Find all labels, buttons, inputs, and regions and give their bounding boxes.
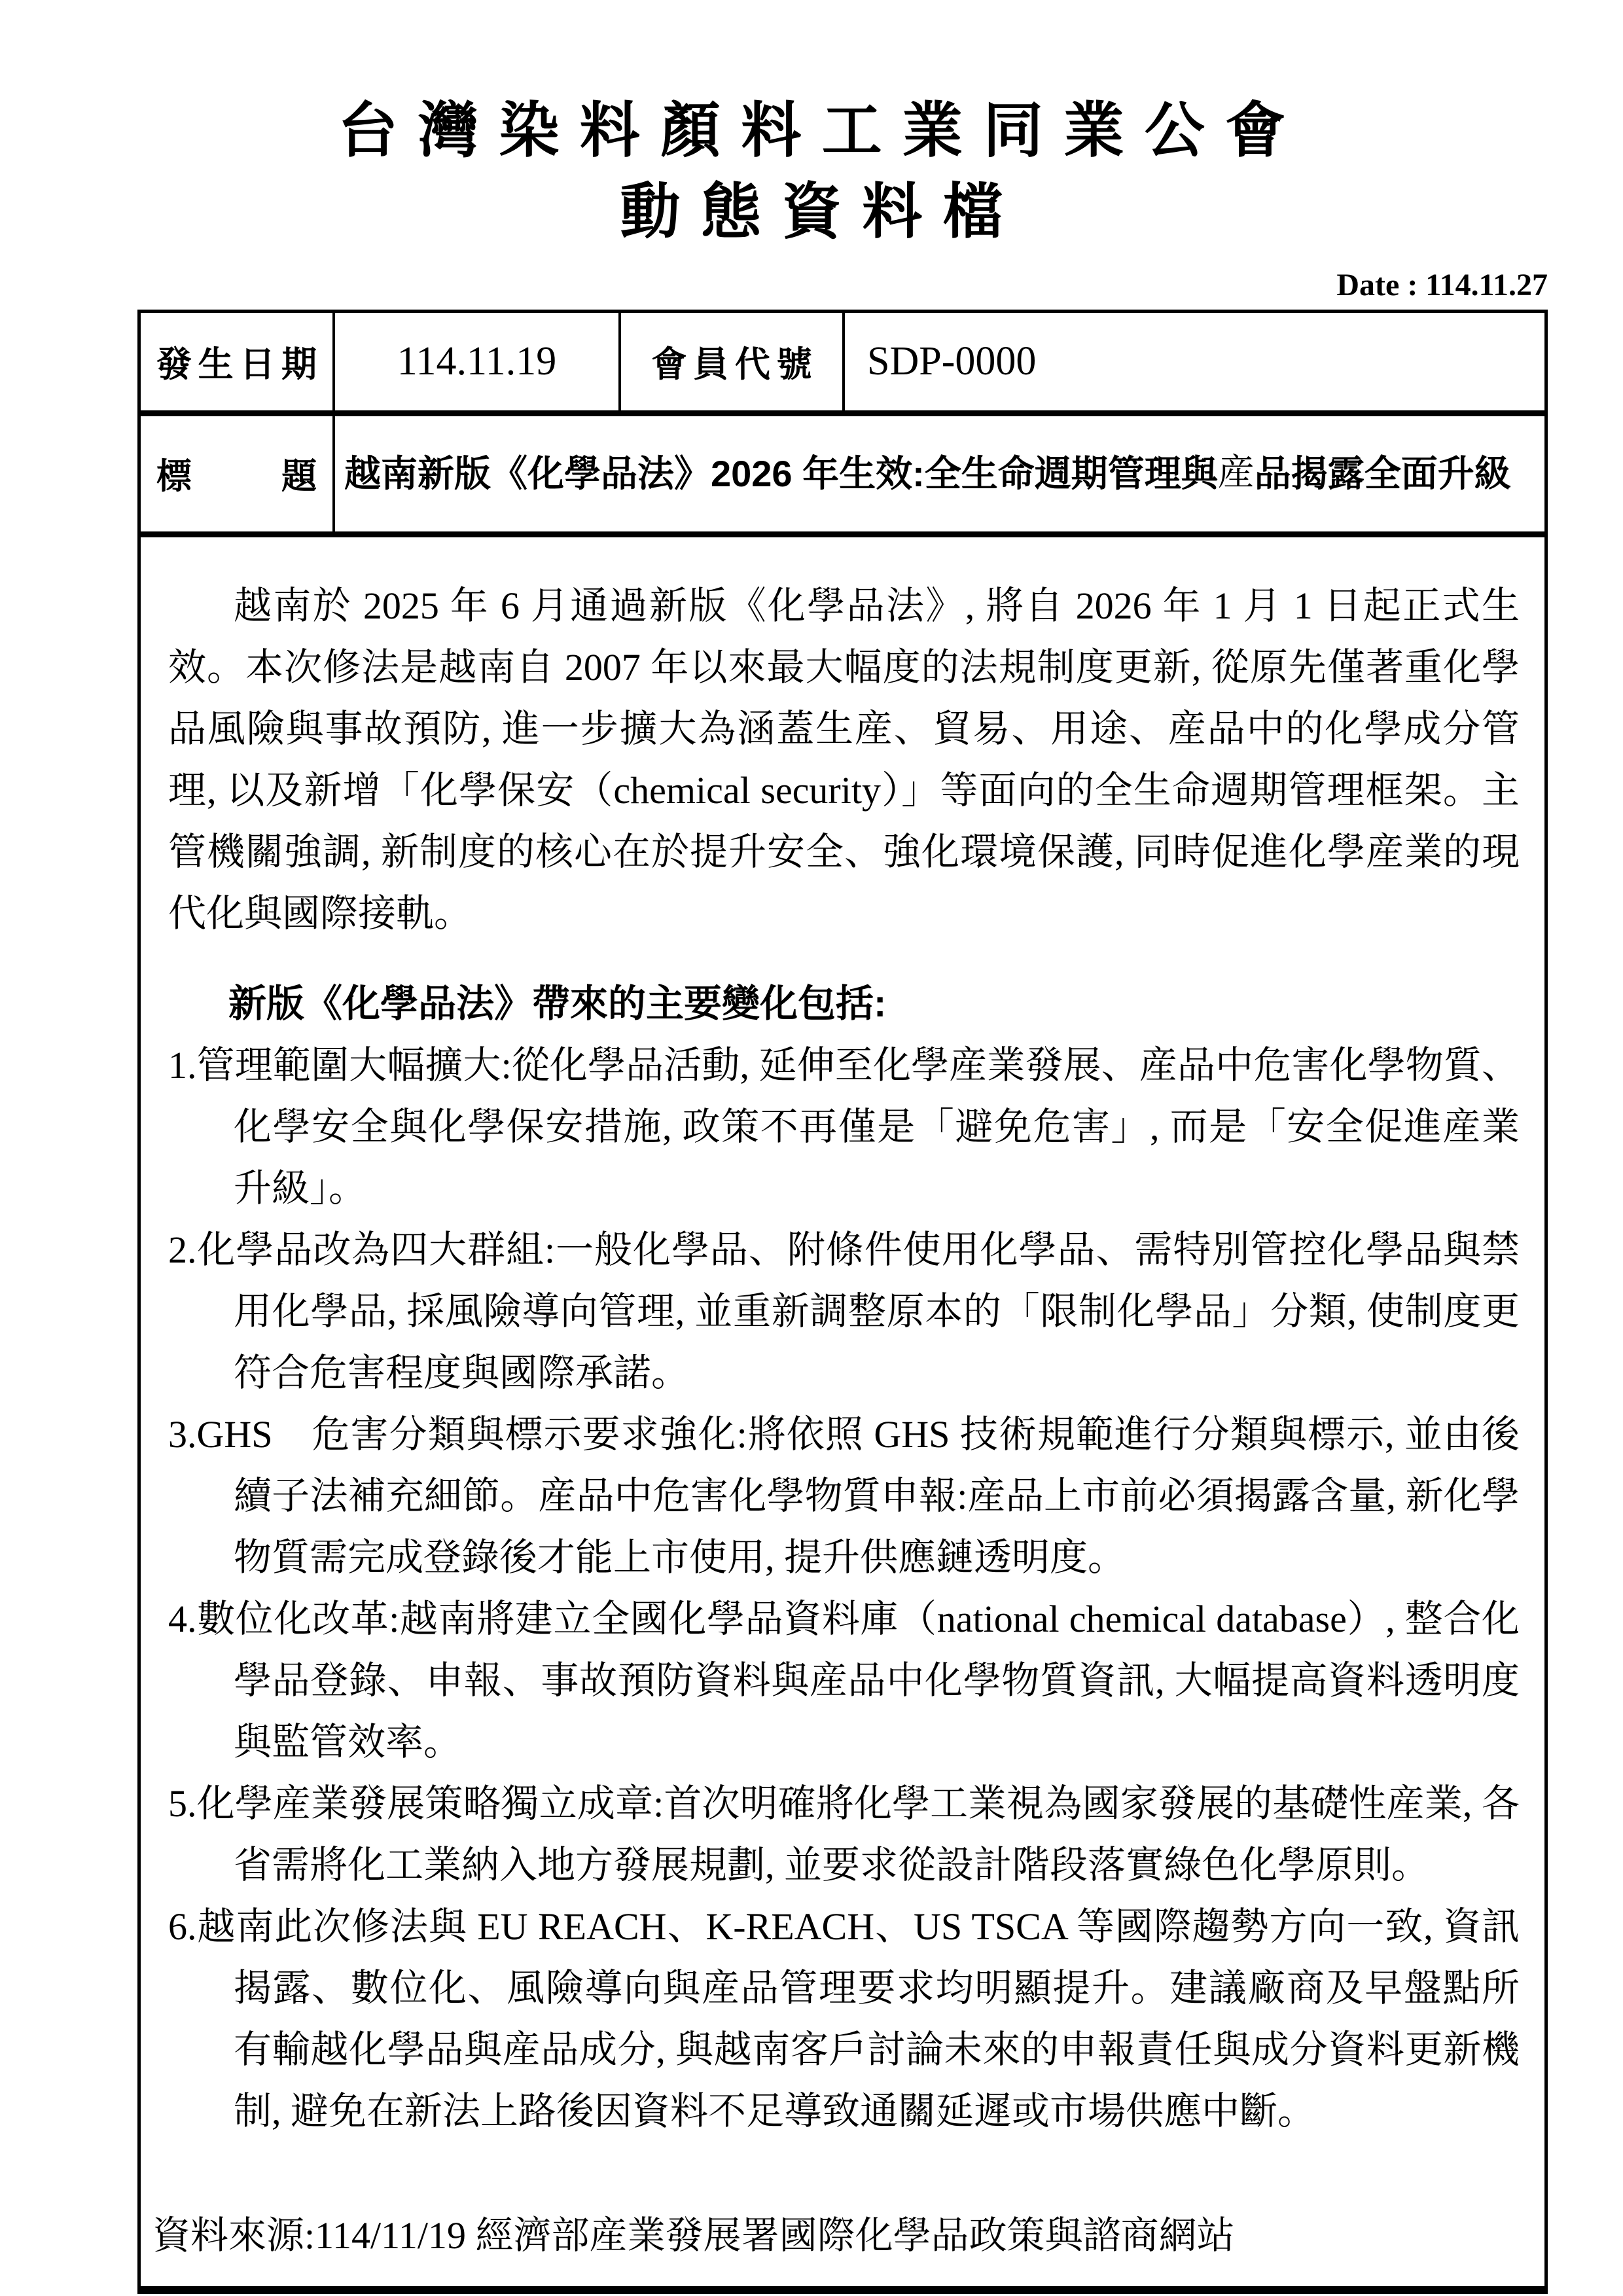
occur-date-label: 發生日期: [141, 313, 335, 410]
date-line: Date : 114.11.27: [137, 267, 1548, 303]
change-item-2: 2.化學品改為四大群組:一般化學品、附條件使用化學品、需特別管控化學品與禁用化學…: [168, 1219, 1520, 1404]
changes-heading: 新版《化學品法》帶來的主要變化包括:: [168, 973, 1520, 1035]
occur-date-value: 114.11.19: [335, 313, 621, 410]
document-page: 台灣染料顏料工業同業公會 動態資料檔 Date : 114.11.27 發生日期…: [0, 0, 1623, 2296]
change-item-6: 6.越南此次修法與 EU REACH、K-REACH、US TSCA 等國際趨勢…: [168, 1896, 1520, 2142]
intro-paragraph: 越南於 2025 年 6 月通過新版《化學品法》, 將自 2026 年 1 月 …: [168, 575, 1520, 944]
subject-value: 越南新版《化學品法》2026 年生效:全生命週期管理與産品揭露全面升級: [335, 416, 1544, 531]
association-title: 台灣染料顏料工業同業公會: [0, 97, 1623, 166]
change-item-5: 5.化學産業發展策略獨立成章:首次明確將化學工業視為國家發展的基礎性産業, 各省…: [168, 1773, 1520, 1896]
change-item-1: 1.管理範圍大幅擴大:從化學品活動, 延伸至化學産業發展、産品中危害化學物質、化…: [168, 1035, 1520, 1219]
member-code-label: 會員代號: [621, 313, 845, 410]
member-code-value: SDP-0000: [845, 313, 1544, 410]
subject-label: 標 題: [141, 416, 335, 531]
bulletin-body: 越南於 2025 年 6 月通過新版《化學品法》, 將自 2026 年 1 月 …: [141, 537, 1544, 2286]
change-item-4: 4.數位化改革:越南將建立全國化學品資料庫（national chemical …: [168, 1588, 1520, 1773]
source-line: 資料來源:114/11/19 經濟部産業發展署國際化學品政策與諮商網站: [152, 2205, 1520, 2267]
bulletin-table: 發生日期 114.11.19 會員代號 SDP-0000 標 題 越南新版《化學…: [137, 310, 1548, 2294]
info-row: 發生日期 114.11.19 會員代號 SDP-0000: [141, 313, 1544, 416]
change-item-3: 3.GHS 危害分類與標示要求強化:將依照 GHS 技術規範進行分類與標示, 並…: [168, 1404, 1520, 1588]
document-subtitle: 動態資料檔: [0, 178, 1623, 247]
subject-row: 標 題 越南新版《化學品法》2026 年生效:全生命週期管理與産品揭露全面升級: [141, 416, 1544, 537]
